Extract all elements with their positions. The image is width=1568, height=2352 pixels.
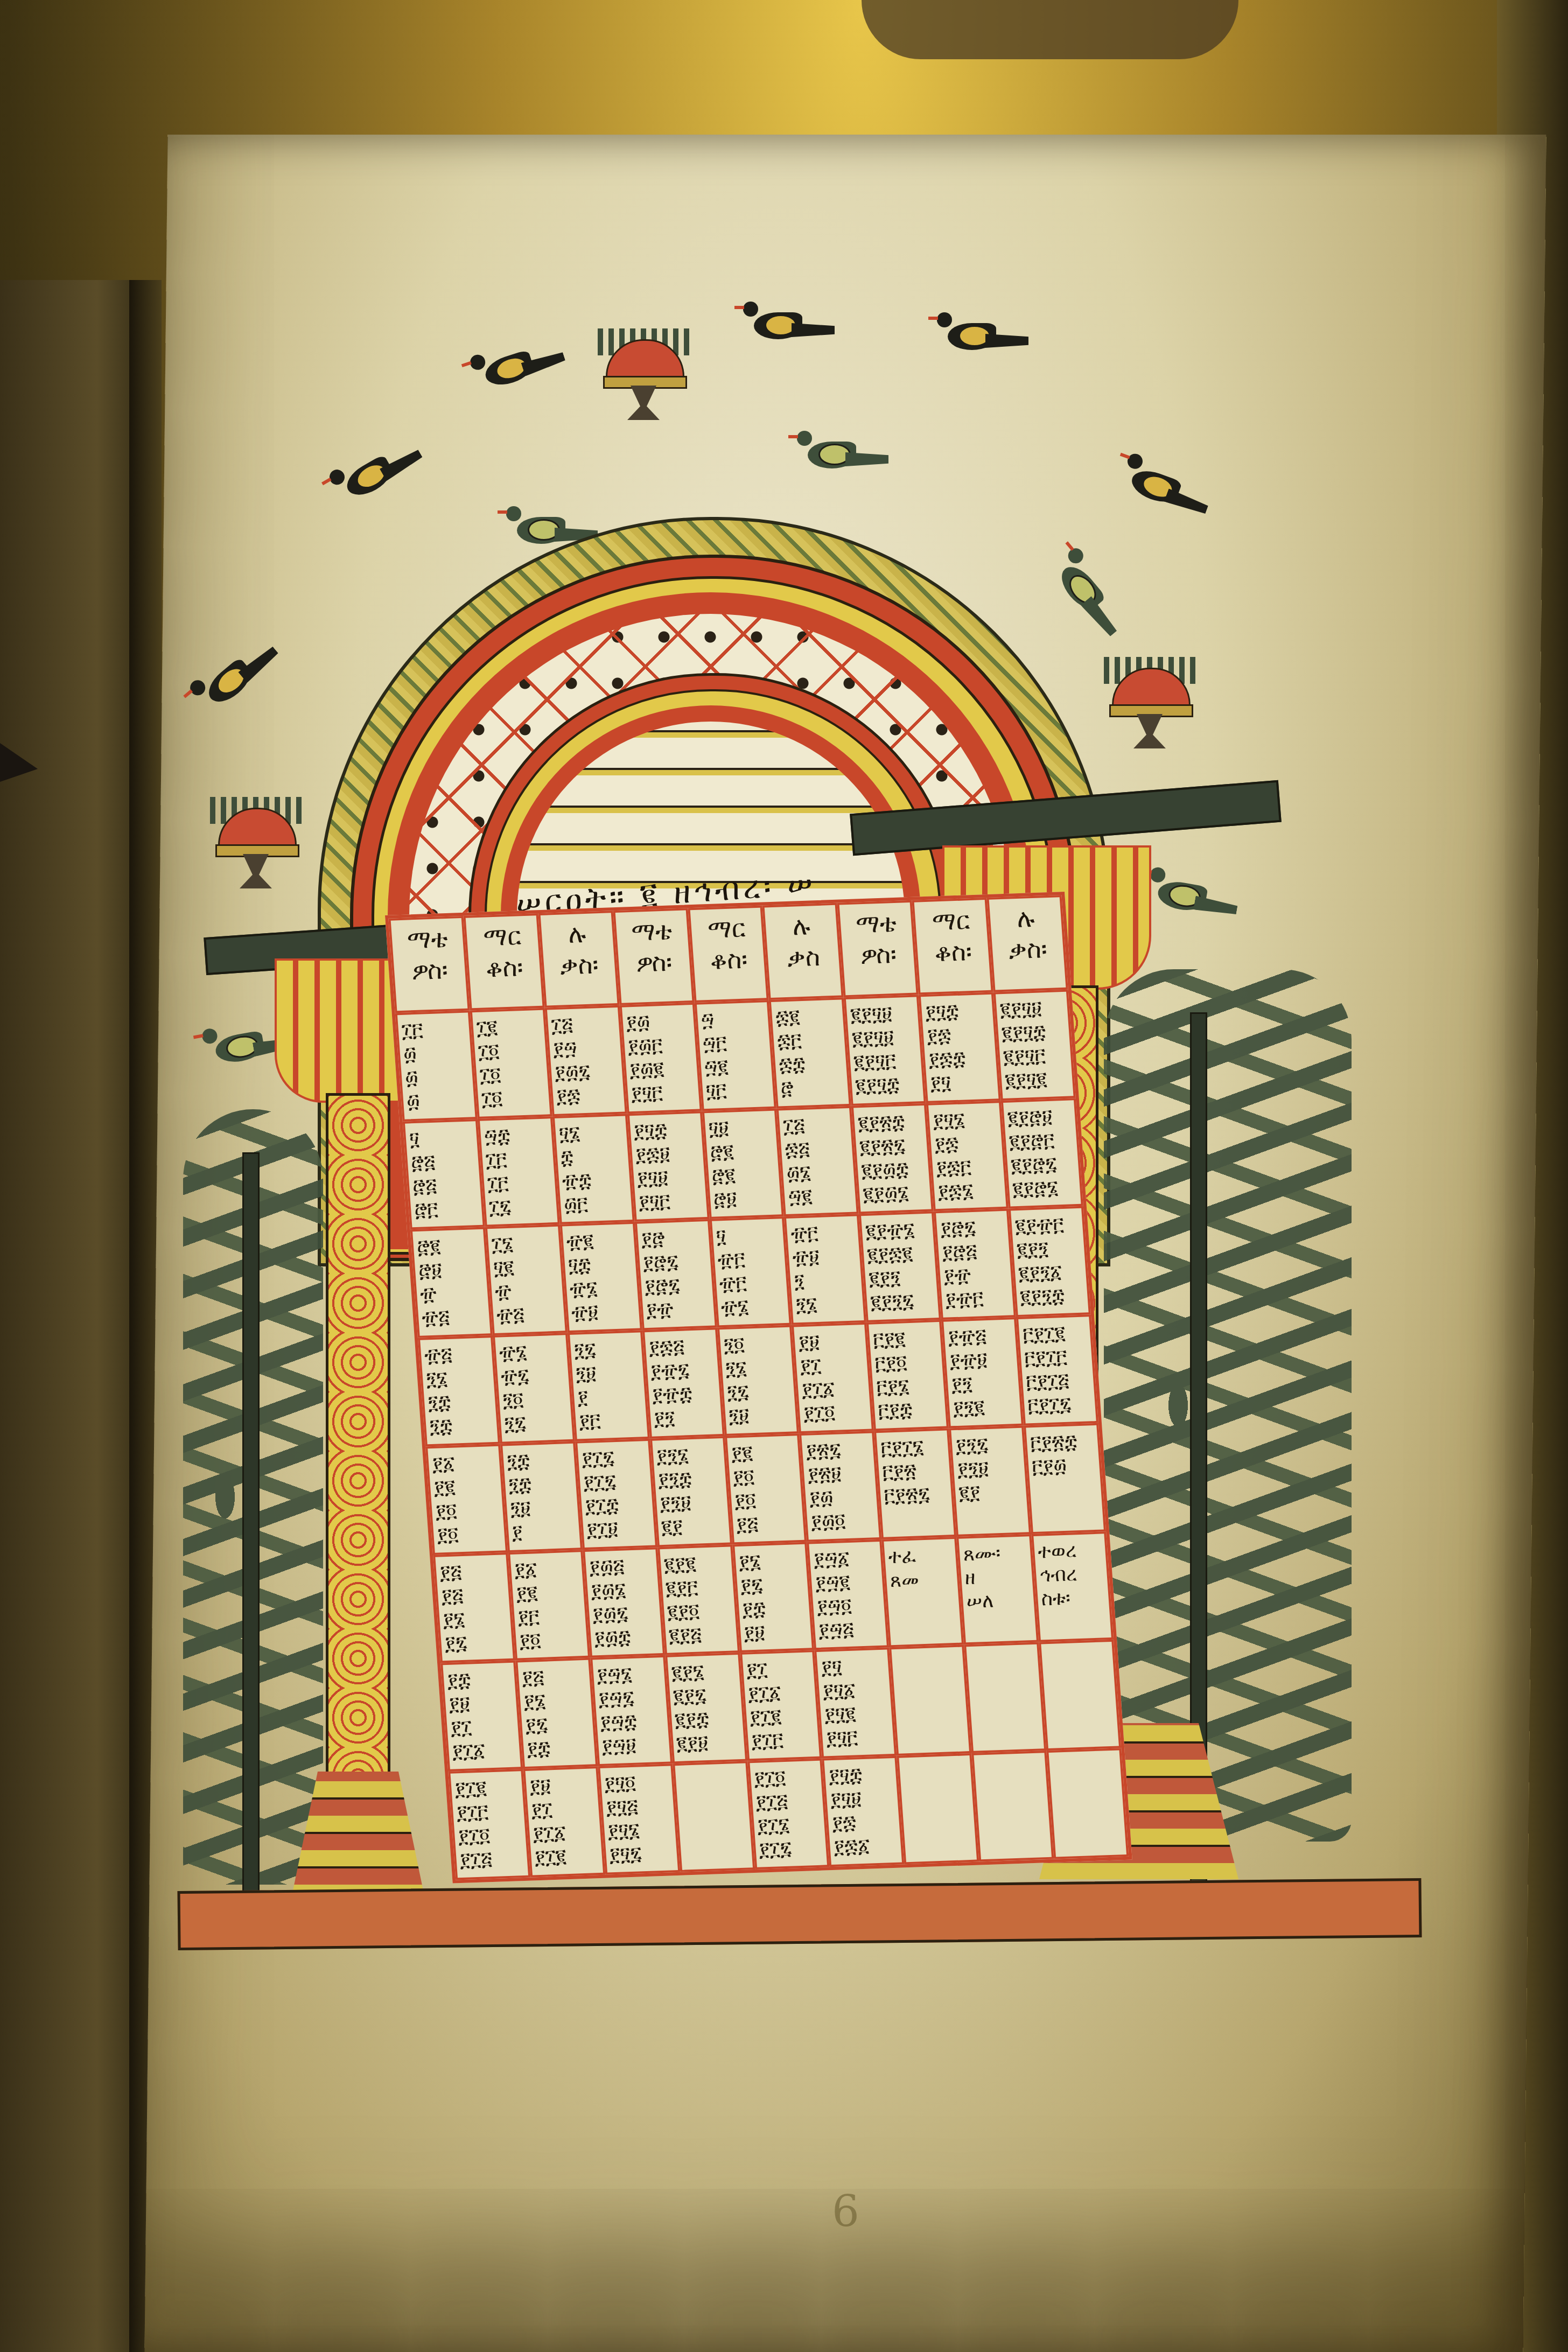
table-cell: ፪፻፶፱ ፪፻፶፱ ፪፻፶፫ ፪፻፶፰ bbox=[844, 995, 926, 1105]
table-cell: ፪፻፶፱ ፪፻፶፰ ፪፻፶፫ ፪፻፶፪ bbox=[993, 989, 1076, 1100]
closing-text-cell: ተፈ ጸመ bbox=[881, 1537, 964, 1648]
table-cell: ፲፭ ፻፵ ፻፴፯ ፻፷ bbox=[544, 1005, 627, 1116]
table-cell: ፻፩ ፻፪ ፻፬ ፻፬ bbox=[425, 1444, 508, 1555]
table-cell: ፲፭ ፷፭ ፴፮ ፵፪ bbox=[776, 1105, 859, 1216]
table-cell: ፹፪ ፶፰ ፹፮ ፹፱ bbox=[560, 1222, 642, 1333]
table-cell: ፻፵፩ ፻፵፪ ፻፵፬ ፻፵፭ bbox=[807, 1539, 889, 1650]
table-cell: ፻፭ ፻፮ ፻፯ ፻፰ bbox=[515, 1658, 598, 1769]
table-cell: ፻፪ ፻፬ ፻፬ ፻፭ bbox=[725, 1433, 807, 1544]
table-cell: ፻፶፰ ፻፷ ፻፷፰ ፻፶ bbox=[919, 992, 1001, 1103]
header-matthew: ማቴ ዎስ፡ bbox=[388, 916, 470, 1013]
table-cell: ፵ ፵፫ ፵፪ ፶፫ bbox=[694, 1000, 776, 1111]
table-cell: ፻፴፭ ፻፴፮ ፻፴፯ ፻፴፰ bbox=[583, 1547, 665, 1658]
pencil-folio-number: 6 bbox=[832, 2186, 859, 2236]
table-cell: ፫፻፲፪ ፫፻፲፫ ፫፻፲፭ ፫፻፲፯ bbox=[1016, 1314, 1098, 1425]
table-cell: ፪፻፹፫ ፪፻፺ ፪፻፺፩ ፪፻፺፰ bbox=[1009, 1206, 1091, 1317]
empty-cell bbox=[889, 1645, 971, 1756]
bird-icon bbox=[937, 312, 1012, 361]
table-cell: ፲፪ ፲፬ ፲፬ ፲፬ bbox=[470, 1007, 552, 1118]
table-cell: ፻፱ ፻፲ ፻፲፩ ፻፲፪ bbox=[523, 1766, 605, 1877]
empty-cell bbox=[673, 1761, 755, 1872]
table-cell: ፲፫ ፴ ፴ ፴ bbox=[395, 1010, 478, 1121]
table-cell: ፻፺፮ ፻፺፰ ፻፺፱ ፪፻ bbox=[650, 1436, 732, 1547]
table-cell: ፻፶፰ ፻፷፱ ፻፶፱ ፻፶፫ bbox=[627, 1111, 709, 1222]
header-matthew: ማቴ ዎስ፡ bbox=[837, 900, 919, 997]
table-cell: ፻፲፪ ፻፲፫ ፻፲፬ ፻፲፭ bbox=[448, 1769, 530, 1880]
green-bird-icon bbox=[797, 431, 872, 479]
header-mark: ማር ቆስ፡ bbox=[912, 898, 993, 995]
table-cell: ፻፩ ፻፪ ፻፫ ፻፬ bbox=[508, 1550, 590, 1661]
header-luke: ሉ ቃስ፡ bbox=[538, 911, 619, 1007]
table-cell: ፵፰ ፲፫ ፲፫ ፲፯ bbox=[478, 1116, 560, 1227]
table-cell: ፻፶፮ ፻፷ ፻፷፫ ፻፷፮ bbox=[926, 1101, 1009, 1212]
header-luke: ሉ ቃስ፡ bbox=[987, 895, 1068, 992]
empty-cell bbox=[897, 1753, 979, 1864]
table-cell: ፺፰ ፺፰ ፺፱ ፻ bbox=[500, 1441, 583, 1552]
table-cell: ፻፮ ፻፯ ፻፰ ፻፱ bbox=[732, 1542, 815, 1653]
fruit-bowl-icon bbox=[598, 328, 689, 420]
canon-table: ማቴ ዎስ፡ ማር ቆስ፡ ሉ ቃስ፡ ማቴ ዎስ፡ ማር ቆስ፡ ሉ ቃስ ማ… bbox=[385, 892, 1132, 1884]
table-cell: ፻፸ ፻፸፯ ፻፸፯ ፻፹ bbox=[634, 1219, 717, 1330]
table-cell: ፫፻፲፮ ፫፻፳ ፫፻፳፯ bbox=[874, 1428, 956, 1539]
holding-hand bbox=[862, 0, 1238, 59]
table-cell: ፷፪ ፷፫ ፷፰ ፸ bbox=[769, 997, 851, 1108]
table-cell: ፻፱ ፻፲ ፻፲፩ ፻፲፬ bbox=[792, 1322, 874, 1433]
table-cell: ፻፵፮ ፻፵፯ ፻፵፰ ፻፵፱ bbox=[590, 1655, 673, 1766]
empty-cell bbox=[971, 1751, 1054, 1861]
table-cell: ፶ ፸፭ ፸፭ ፸፫ bbox=[403, 1119, 485, 1230]
empty-cell bbox=[1046, 1748, 1129, 1859]
table-cell: ፻፺፯ ፻፺፱ ፪፻ bbox=[949, 1425, 1031, 1536]
table-cell: ፻፲ ፻፲፩ ፻፲፪ ፻፲፫ bbox=[740, 1650, 822, 1761]
table-cell: ፹፮ ፹፯ ፺፬ ፺፯ bbox=[493, 1333, 575, 1444]
header-mark: ማር ቆስ፡ bbox=[463, 913, 544, 1010]
fruit-bowl-icon bbox=[1104, 657, 1195, 748]
table-cell: ፸፪ ፸፱ ፹ ፹፭ bbox=[410, 1227, 493, 1338]
table-cell: ፻፶ ፻፶፩ ፻፶፪ ፻፶፫ bbox=[815, 1648, 897, 1759]
table-cell: ፻፳፯ ፻፳፱ ፻፴ ፻፴፬ bbox=[799, 1431, 881, 1542]
empty-cell bbox=[964, 1642, 1046, 1753]
header-matthew: ማቴ ዎስ፡ bbox=[613, 908, 694, 1005]
table-cell: ፻፲፯ ፻፲፯ ፻፲፰ ፻፲፱ bbox=[575, 1439, 657, 1550]
table-cell: ፫፻፪ ፫፻፬ ፫፻፮ ፫፻፰ bbox=[866, 1320, 949, 1431]
closing-text-cell: ጸሙ፡ ዘ ሠለ bbox=[956, 1534, 1039, 1645]
bird-icon bbox=[743, 302, 818, 350]
table-cell: ፻፹፭ ፻፹፱ ፻፺ ፻፺፪ bbox=[941, 1317, 1024, 1428]
fruit-bowl-icon bbox=[210, 797, 302, 888]
closing-text-cell: ተወረ ኅብረ ስቱ፡ bbox=[1031, 1531, 1114, 1642]
table-cell: ፲፮ ፶፪ ፹ ፹፭ bbox=[485, 1224, 568, 1335]
header-mark: ማር ቆስ፡ bbox=[688, 906, 769, 1003]
table-cell: ፪፻፳፰ ፪፻፳፯ ፪፻፴፰ ፪፻፴፮ bbox=[851, 1103, 934, 1214]
right-cypress-tree bbox=[1104, 969, 1352, 1842]
table-cell: ፹፭ ፺፮ ፺፰ ፺፰ bbox=[418, 1335, 500, 1446]
table-cell: ፪፻፪ ፪፻፫ ፪፻፬ ፪፻፭ bbox=[657, 1544, 740, 1655]
table-cell: ፹፫ ፹፱ ፺ ፺፮ bbox=[784, 1214, 866, 1325]
table-cell: ፻፴ ፻፴፫ ፻፴፪ ፻፶፫ bbox=[619, 1003, 702, 1114]
table-cell: ፻፲፬ ፻፲፭ ፻፲፮ ፻፲፯ bbox=[747, 1759, 830, 1870]
table-cell: ፫፻፳፰ ፫፻፴ bbox=[1024, 1423, 1106, 1534]
table-cell: ፻፷፭ ፻፹፯ ፻፹፰ ፻፺ bbox=[642, 1328, 725, 1439]
table-cell: ፻፭ ፻፭ ፻፮ ፻፯ bbox=[433, 1552, 515, 1663]
left-spiral-column bbox=[326, 1093, 390, 1798]
table-cell: ፺፯ ፺፱ ፻ ፻፫ bbox=[568, 1330, 650, 1441]
left-tree-trunk bbox=[242, 1152, 260, 1909]
table-cell: ፪፻፸፱ ፪፻፸፫ ፪፻፸፯ ፪፻፸፮ bbox=[1001, 1098, 1083, 1209]
empty-cell bbox=[1039, 1640, 1121, 1751]
table-cell: ፻፰ ፻፱ ፻፲ ፻፲፩ bbox=[440, 1661, 523, 1772]
header-luke: ሉ ቃስ bbox=[762, 903, 844, 1000]
table-cell: ፻፶፬ ፻፶፭ ፻፶፮ ፻፶፯ bbox=[598, 1764, 680, 1875]
table-cell: ፶፱ ፸፪ ፸፪ ፸፱ bbox=[702, 1108, 784, 1219]
table-cell: ፻፸፯ ፻፸፭ ፻፹ ፻፹፫ bbox=[934, 1209, 1016, 1320]
table-cell: ፪፻፮ ፪፻፯ ፪፻፰ ፪፻፱ bbox=[665, 1653, 747, 1763]
table-cell: ፶ ፹፫ ፹፫ ፹፮ bbox=[709, 1216, 792, 1327]
table-cell: ፻፶፰ ፻፶፱ ፻፷ ፻፷፩ bbox=[822, 1756, 905, 1867]
table-cell: ፪፻፹፮ ፪፻፷፪ ፪፻፺ ፪፻፺፯ bbox=[859, 1212, 941, 1322]
table-cell: ፶፮ ፰ ፹፰ ፴፫ bbox=[552, 1114, 635, 1224]
table-cell: ፺፬ ፺፮ ፺፯ ፺፱ bbox=[717, 1325, 799, 1436]
